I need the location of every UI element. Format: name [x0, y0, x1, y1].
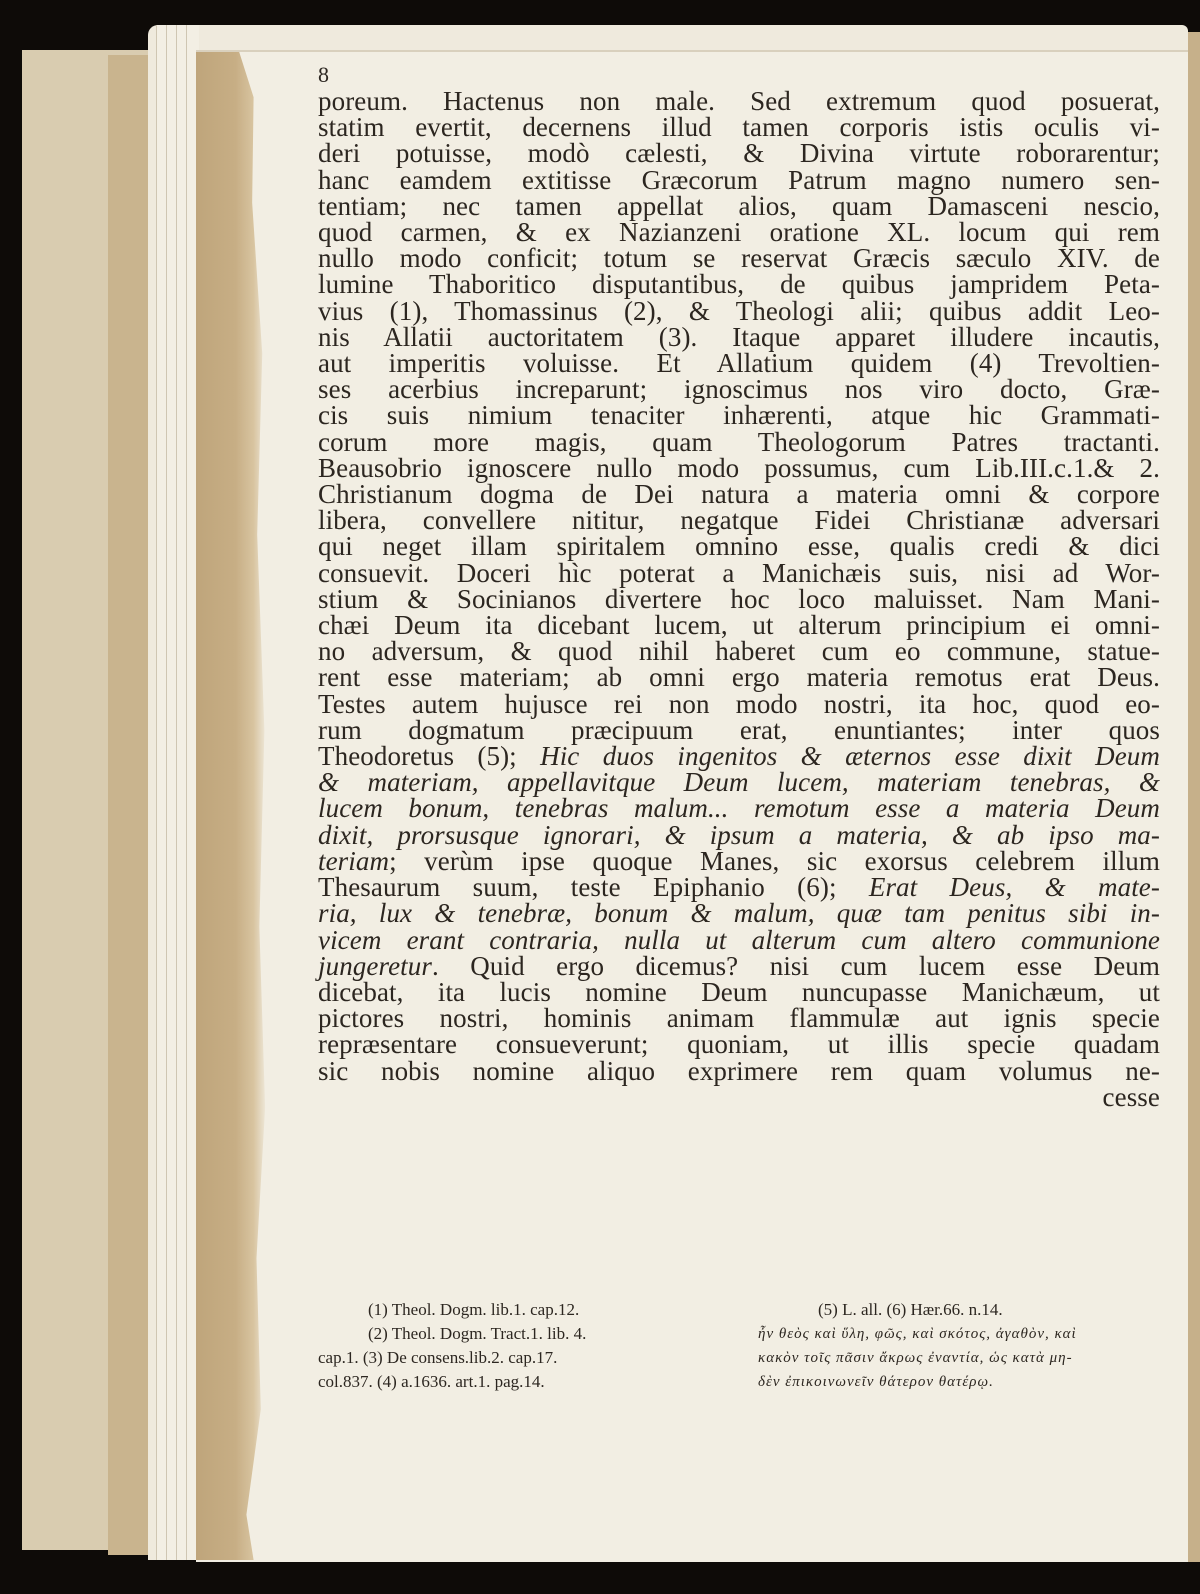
- text-line: aut imperitis voluisse. Et Allatium quid…: [318, 350, 1160, 376]
- text-line: dixit, prorsusque ignorari, & ipsum a ma…: [318, 822, 1160, 848]
- text-line: consuevit. Doceri hìc poterat a Manichæi…: [318, 560, 1160, 586]
- text-line: jungeretur. Quid ergo dicemus? nisi cum …: [318, 953, 1160, 979]
- footnotes-left-column: (1) Theol. Dogm. lib.1. cap.12. (2) Theo…: [318, 1298, 758, 1394]
- text-line: teriam; verùm ipse quoque Manes, sic exo…: [318, 848, 1160, 874]
- text-line: quod carmen, & ex Nazianzeni oratione XL…: [318, 219, 1160, 245]
- text-line: deri potuisse, modò cælesti, & Divina vi…: [318, 140, 1160, 166]
- text-line: lucem bonum, tenebras malum... remotum e…: [318, 795, 1160, 821]
- text-line: Beausobrio ignoscere nullo modo possumus…: [318, 455, 1160, 481]
- text-line: rum dogmatum præcipuum erat, enuntiantes…: [318, 717, 1160, 743]
- greek-footnote-text: δὲν ἐπικοινωνεῖν θάτερον θατέρῳ.: [758, 1370, 1158, 1394]
- text-line: lumine Thaboritico disputantibus, de qui…: [318, 271, 1160, 297]
- text-line: qui neget illam spiritalem omnino esse, …: [318, 533, 1160, 559]
- text-line: nis Allatii auctoritatem (3). Itaque app…: [318, 324, 1160, 350]
- quotation-lines: Theodoretus (5); Hic duos ingenitos & æt…: [318, 743, 1160, 979]
- text-line: hanc eamdem extitisse Græcorum Patrum ma…: [318, 167, 1160, 193]
- greek-footnote-text: κακὸν τοῖς πᾶσιν ἄκρως ἐναντία, ὡς κατὰ …: [758, 1346, 1158, 1370]
- text-line: vicem erant contraria, nulla ut alterum …: [318, 927, 1160, 953]
- footnotes: (1) Theol. Dogm. lib.1. cap.12. (2) Theo…: [318, 1298, 1160, 1394]
- footnotes-right-column: (5) L. all. (6) Hær.66. n.14. ἦν θεὸς κα…: [758, 1298, 1158, 1394]
- text-line: chæi Deum ita dicebant lucem, ut alterum…: [318, 612, 1160, 638]
- footnote: (2) Theol. Dogm. Tract.1. lib. 4.: [368, 1322, 758, 1346]
- text-line: sic nobis nomine aliquo exprimere rem qu…: [318, 1058, 1160, 1084]
- text-line: dicebat, ita lucis nomine Deum nuncupass…: [318, 979, 1160, 1005]
- page-number: 8: [318, 64, 1160, 88]
- text-line: statim evertit, decernens illud tamen co…: [318, 114, 1160, 140]
- text-line: Thesaurum suum, teste Epiphanio (6); Era…: [318, 874, 1160, 900]
- footnote: cap.1. (3) De consens.lib.2. cap.17.: [318, 1346, 758, 1370]
- text-line: poreum. Hactenus non male. Sed extremum …: [318, 88, 1160, 114]
- text-line: pictores nostri, hominis animam flammulæ…: [318, 1005, 1160, 1031]
- footnote: (5) L. all. (6) Hær.66. n.14.: [818, 1298, 1158, 1322]
- page-text: 8 poreum. Hactenus non male. Sed extremu…: [318, 64, 1160, 1110]
- text-line: Testes autem hujusce rei non modo nostri…: [318, 691, 1160, 717]
- text-line: Theodoretus (5); Hic duos ingenitos & æt…: [318, 743, 1160, 769]
- greek-footnote-text: ἦν θεὸς καὶ ὕλη, φῶς, καὶ σκότος, ἀγαθὸν…: [758, 1322, 1158, 1346]
- text-line: rent esse materiam; ab omni ergo materia…: [318, 664, 1160, 690]
- text-line: Christianum dogma de Dei natura a materi…: [318, 481, 1160, 507]
- catchword: cesse: [318, 1084, 1160, 1110]
- text-line: cis suis nimium tenaciter inhærenti, atq…: [318, 402, 1160, 428]
- text-line: corum more magis, quam Theologorum Patre…: [318, 429, 1160, 455]
- text-line: no adversum, & quod nihil haberet cum eo…: [318, 638, 1160, 664]
- body-paragraph: poreum. Hactenus non male. Sed extremum …: [318, 88, 1160, 743]
- text-line: tentiam; nec tamen appellat alios, quam …: [318, 193, 1160, 219]
- footnote: col.837. (4) a.1636. art.1. pag.14.: [318, 1370, 758, 1394]
- text-line: ria, lux & tenebræ, bonum & malum, quæ t…: [318, 900, 1160, 926]
- text-line: libera, convellere nititur, negatque Fid…: [318, 507, 1160, 533]
- footnote: (1) Theol. Dogm. lib.1. cap.12.: [368, 1298, 758, 1322]
- text-line: nullo modo conficit; totum se reservat G…: [318, 245, 1160, 271]
- text-line: stium & Socinianos divertere hoc loco ma…: [318, 586, 1160, 612]
- text-line: repræsentare consueverunt; quoniam, ut i…: [318, 1031, 1160, 1057]
- text-line: ses acerbius increparunt; ignoscimus nos…: [318, 376, 1160, 402]
- text-line: & materiam, appellavitque Deum lucem, ma…: [318, 769, 1160, 795]
- book-cover-edge: [1188, 32, 1200, 1562]
- closing-lines: dicebat, ita lucis nomine Deum nuncupass…: [318, 979, 1160, 1110]
- text-line: vius (1), Thomassinus (2), & Theologi al…: [318, 298, 1160, 324]
